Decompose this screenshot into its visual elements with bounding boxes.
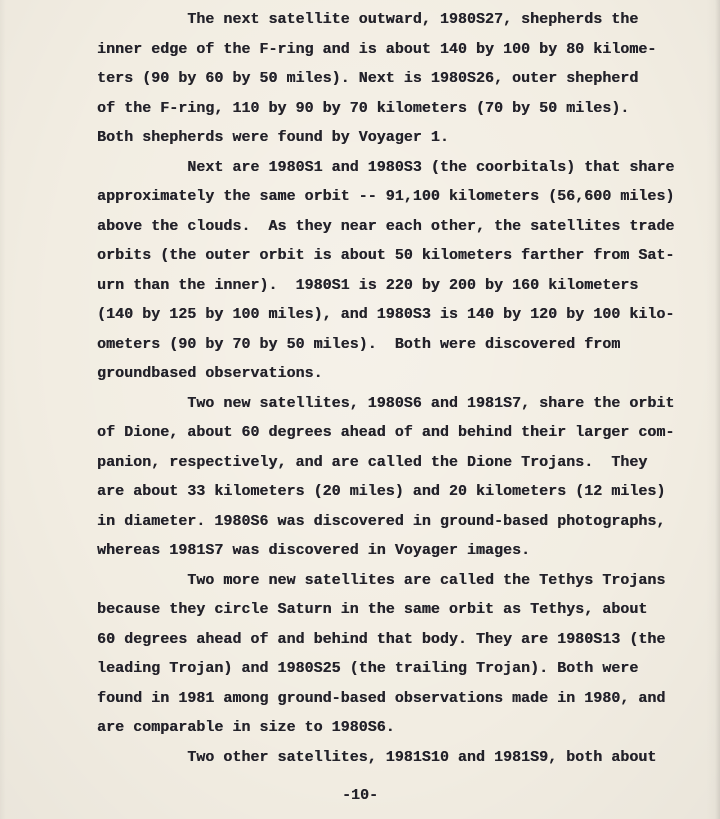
text-line: 60 degrees ahead of and behind that body… <box>97 625 720 655</box>
text-line: are comparable in size to 1980S6. <box>97 713 720 743</box>
text-line: approximately the same orbit -- 91,100 k… <box>97 182 720 212</box>
text-line: in diameter. 1980S6 was discovered in gr… <box>97 507 720 537</box>
text-line: because they circle Saturn in the same o… <box>97 595 720 625</box>
page-body-text: The next satellite outward, 1980S27, she… <box>97 5 720 772</box>
text-line: Two new satellites, 1980S6 and 1981S7, s… <box>97 389 720 419</box>
text-line: of Dione, about 60 degrees ahead of and … <box>97 418 720 448</box>
text-line: panion, respectively, and are called the… <box>97 448 720 478</box>
text-line: above the clouds. As they near each othe… <box>97 212 720 242</box>
page-number: -10- <box>0 781 720 811</box>
text-line: orbits (the outer orbit is about 50 kilo… <box>97 241 720 271</box>
text-line: The next satellite outward, 1980S27, she… <box>97 5 720 35</box>
text-line: Two more new satellites are called the T… <box>97 566 720 596</box>
text-line: ometers (90 by 70 by 50 miles). Both wer… <box>97 330 720 360</box>
text-line: Next are 1980S1 and 1980S3 (the coorbita… <box>97 153 720 183</box>
text-line: inner edge of the F-ring and is about 14… <box>97 35 720 65</box>
text-line: urn than the inner). 1980S1 is 220 by 20… <box>97 271 720 301</box>
text-line: Both shepherds were found by Voyager 1. <box>97 123 720 153</box>
text-line: Two other satellites, 1981S10 and 1981S9… <box>97 743 720 773</box>
text-line: whereas 1981S7 was discovered in Voyager… <box>97 536 720 566</box>
text-line: of the F-ring, 110 by 90 by 70 kilometer… <box>97 94 720 124</box>
scanned-document-page: The next satellite outward, 1980S27, she… <box>0 0 720 819</box>
text-line: (140 by 125 by 100 miles), and 1980S3 is… <box>97 300 720 330</box>
text-line: ters (90 by 60 by 50 miles). Next is 198… <box>97 64 720 94</box>
text-line: are about 33 kilometers (20 miles) and 2… <box>97 477 720 507</box>
text-line: leading Trojan) and 1980S25 (the trailin… <box>97 654 720 684</box>
text-line: groundbased observations. <box>97 359 720 389</box>
text-line: found in 1981 among ground-based observa… <box>97 684 720 714</box>
